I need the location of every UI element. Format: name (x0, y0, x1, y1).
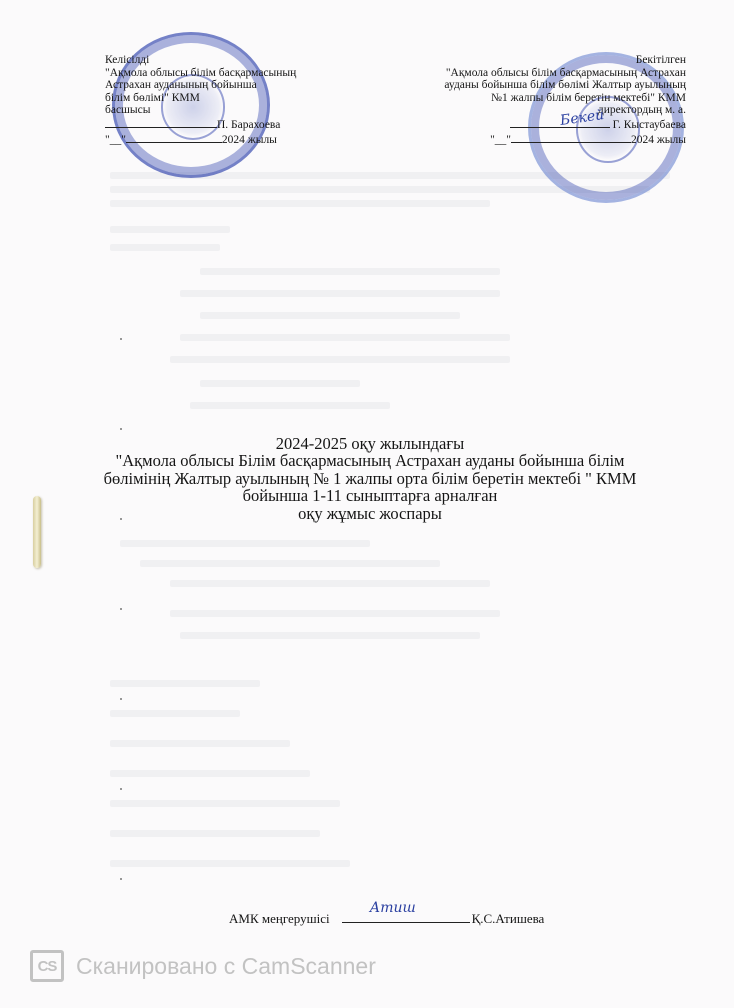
approver-name-right: Г. Кыстаубаева (613, 119, 686, 131)
approval-block-left: Келісілді "Ақмола облысы білім басқармас… (105, 54, 296, 146)
approval-right-line: "Ақмола облысы білім басқармасының Астра… (444, 67, 686, 80)
camscanner-logo-icon: CS (30, 950, 64, 982)
signer-name: Қ.С.Атишева (472, 911, 545, 926)
date-line (511, 132, 631, 143)
scan-speck (120, 788, 122, 790)
watermark-text: Сканировано с CamScanner (76, 953, 376, 980)
title-line: 2024-2025 оқу жылындағы (80, 435, 660, 452)
scan-speck (120, 878, 122, 880)
approval-year-right: 2024 жылы (631, 134, 686, 146)
approval-left-line: "Ақмола облысы білім басқармасының (105, 67, 296, 80)
approval-block-right: Бекітілген "Ақмола облысы білім басқарма… (444, 54, 686, 146)
signature-line: Атиш (342, 910, 470, 923)
handwritten-signature-footer: Атиш (370, 900, 416, 916)
title-line: бойынша 1-11 сыныптарға арналған (80, 487, 660, 504)
approver-name-left: П. Барахоева (217, 119, 280, 131)
footer-signature: АМК меңгерушісіАтишҚ.С.Атишева (229, 910, 544, 927)
approval-left-line: білім бөлімі" КММ (105, 92, 296, 105)
date-prefix: "__" (105, 134, 126, 146)
approval-year-left: 2024 жылы (222, 134, 277, 146)
approval-left-line: басшысы (105, 104, 296, 117)
scan-speck (120, 338, 122, 340)
signer-role: АМК меңгерушісі (229, 911, 330, 926)
title-line: оқу жұмыс жоспары (80, 505, 660, 522)
date-prefix: "__" (490, 134, 511, 146)
approval-right-line: №1 жалпы білім беретін мектебі" КММ (444, 92, 686, 105)
scan-speck (120, 518, 122, 520)
document-title: 2024-2025 оқу жылындағы "Ақмола облысы Б… (80, 435, 660, 522)
approval-left-line: Келісілді (105, 54, 296, 67)
approval-right-line: ауданы бойынша білім бөлімі Жалтыр ауылы… (444, 79, 686, 92)
date-line (126, 132, 222, 143)
staple (33, 496, 41, 568)
title-line: бөлімінің Жалтыр ауылының № 1 жалпы орта… (80, 470, 660, 487)
camscanner-watermark: CS Сканировано с CamScanner (30, 950, 376, 982)
signature-line (105, 117, 217, 128)
scan-speck (120, 428, 122, 430)
title-line: "Ақмола облысы Білім басқармасының Астра… (80, 452, 660, 469)
approval-left-line: Астрахан ауданының бойынша (105, 79, 296, 92)
approval-right-line: Бекітілген (444, 54, 686, 67)
scan-speck (120, 608, 122, 610)
scan-speck (120, 698, 122, 700)
